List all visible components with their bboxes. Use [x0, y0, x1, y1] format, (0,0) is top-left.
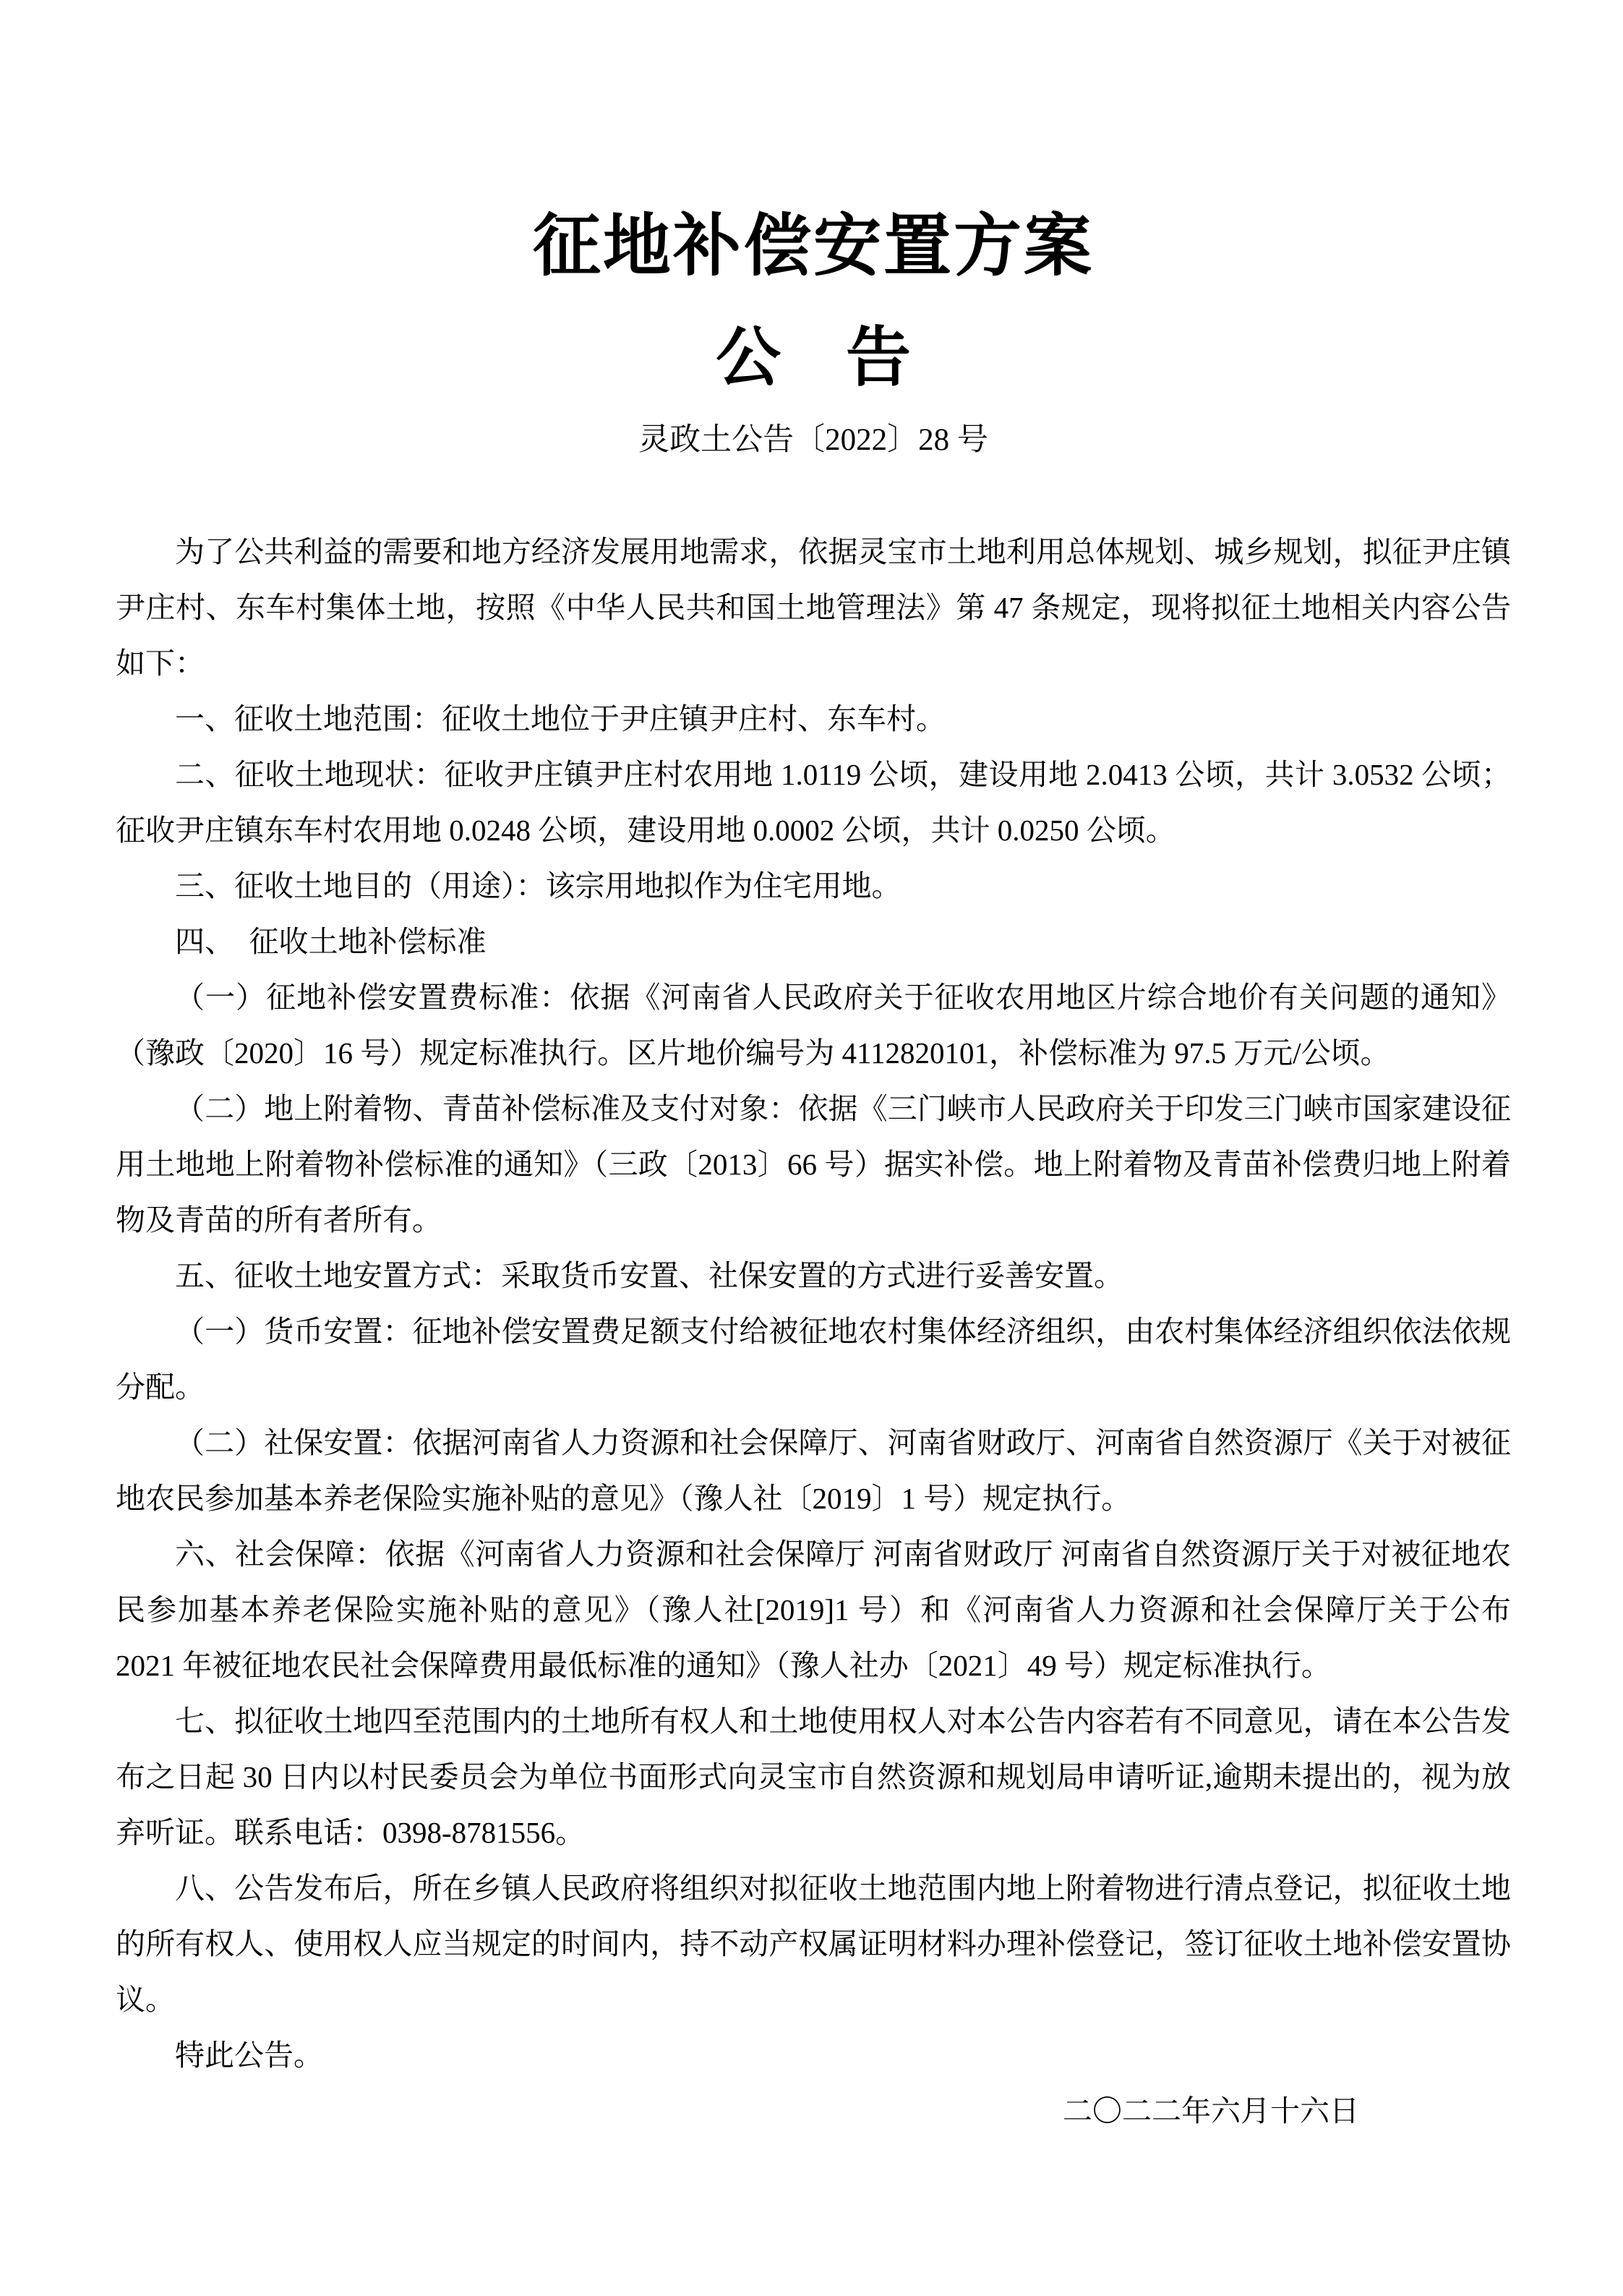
- paragraph-item-7: 七、拟征收土地四至范围内的土地所有权人和土地使用权人对本公告内容若有不同意见，请…: [116, 1694, 1511, 1861]
- document-title: 征地补偿安置方案: [116, 206, 1511, 288]
- paragraph-item-5: 五、征收土地安置方式：采取货币安置、社保安置的方式进行妥善安置。: [116, 1248, 1511, 1304]
- paragraph-item-4-sub-1: （一）征地补偿安置费标准：依据《河南省人民政府关于征收农用地区片综合地价有关问题…: [116, 970, 1511, 1081]
- paragraph-item-3: 三、征收土地目的（用途）：该宗用地拟作为住宅用地。: [116, 858, 1511, 914]
- document-subtitle: 公 告: [116, 321, 1511, 396]
- paragraph-item-8: 八、公告发布后，所在乡镇人民政府将组织对拟征收土地范围内地上附着物进行清点登记，…: [116, 1861, 1511, 2028]
- paragraph-intro: 为了公共利益的需要和地方经济发展用地需求，依据灵宝市土地利用总体规划、城乡规划，…: [116, 524, 1511, 691]
- document-date: 二〇二二年六月十六日: [116, 2083, 1511, 2139]
- document-body: 为了公共利益的需要和地方经济发展用地需求，依据灵宝市土地利用总体规划、城乡规划，…: [116, 524, 1511, 2139]
- paragraph-item-6: 六、社会保障：依据《河南省人力资源和社会保障厅 河南省财政厅 河南省自然资源厅关…: [116, 1527, 1511, 1694]
- paragraph-closing: 特此公告。: [116, 2028, 1511, 2083]
- paragraph-item-1: 一、征收土地范围：征收土地位于尹庄镇尹庄村、东车村。: [116, 691, 1511, 747]
- paragraph-item-5-sub-2: （二）社保安置：依据河南省人力资源和社会保障厅、河南省财政厅、河南省自然资源厅《…: [116, 1415, 1511, 1527]
- announcement-page: 征地补偿安置方案 公 告 灵政土公告〔2022〕28 号 为了公共利益的需要和地…: [0, 0, 1623, 2296]
- paragraph-item-4-sub-2: （二）地上附着物、青苗补偿标准及支付对象：依据《三门峡市人民政府关于印发三门峡市…: [116, 1081, 1511, 1248]
- paragraph-item-5-sub-1: （一）货币安置：征地补偿安置费足额支付给被征地农村集体经济组织，由农村集体经济组…: [116, 1304, 1511, 1415]
- document-number: 灵政土公告〔2022〕28 号: [116, 422, 1511, 459]
- paragraph-item-4: 四、 征收土地补偿标准: [116, 914, 1511, 970]
- paragraph-item-2: 二、征收土地现状：征收尹庄镇尹庄村农用地 1.0119 公顷，建设用地 2.04…: [116, 747, 1511, 858]
